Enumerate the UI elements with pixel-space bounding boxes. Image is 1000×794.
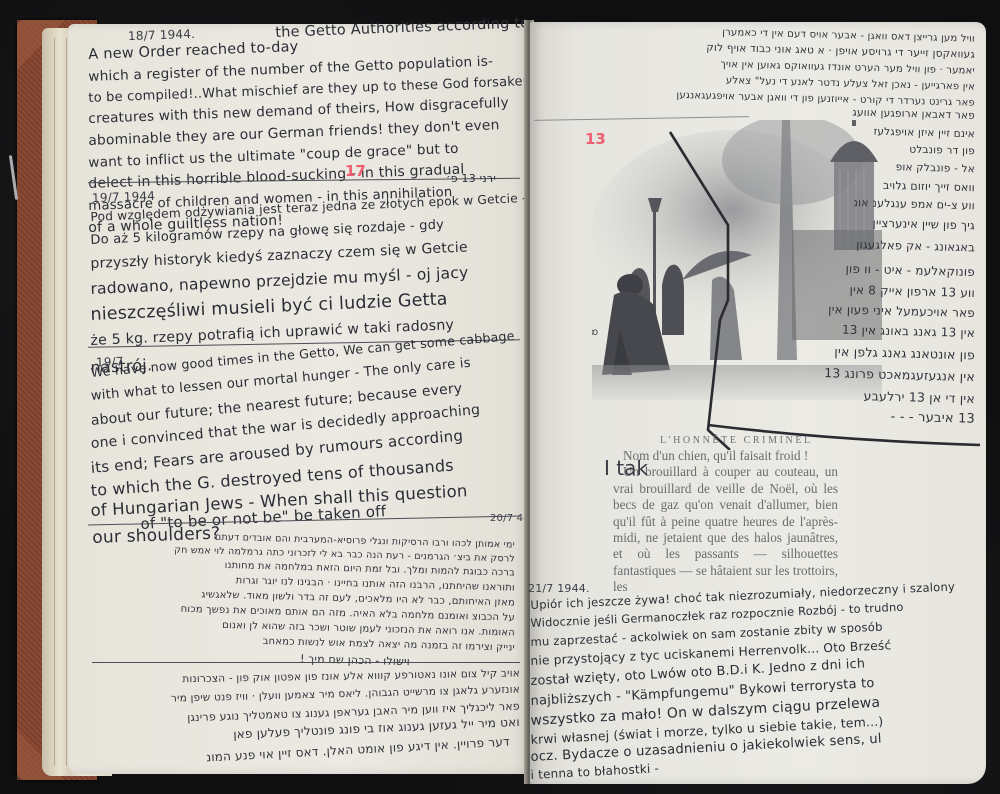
- margin-pen-annotation: I tak: [604, 456, 648, 480]
- printed-paragraph: Un brouillard à couper au couteau, un vr…: [613, 464, 838, 595]
- printed-chapter-title: L'HONNÊTE CRIMINEL: [660, 435, 813, 446]
- entry-separator: [92, 662, 520, 663]
- margin-note-hebrew: ירני 13 פ׳: [446, 172, 496, 185]
- left-page-number: 17: [345, 162, 366, 180]
